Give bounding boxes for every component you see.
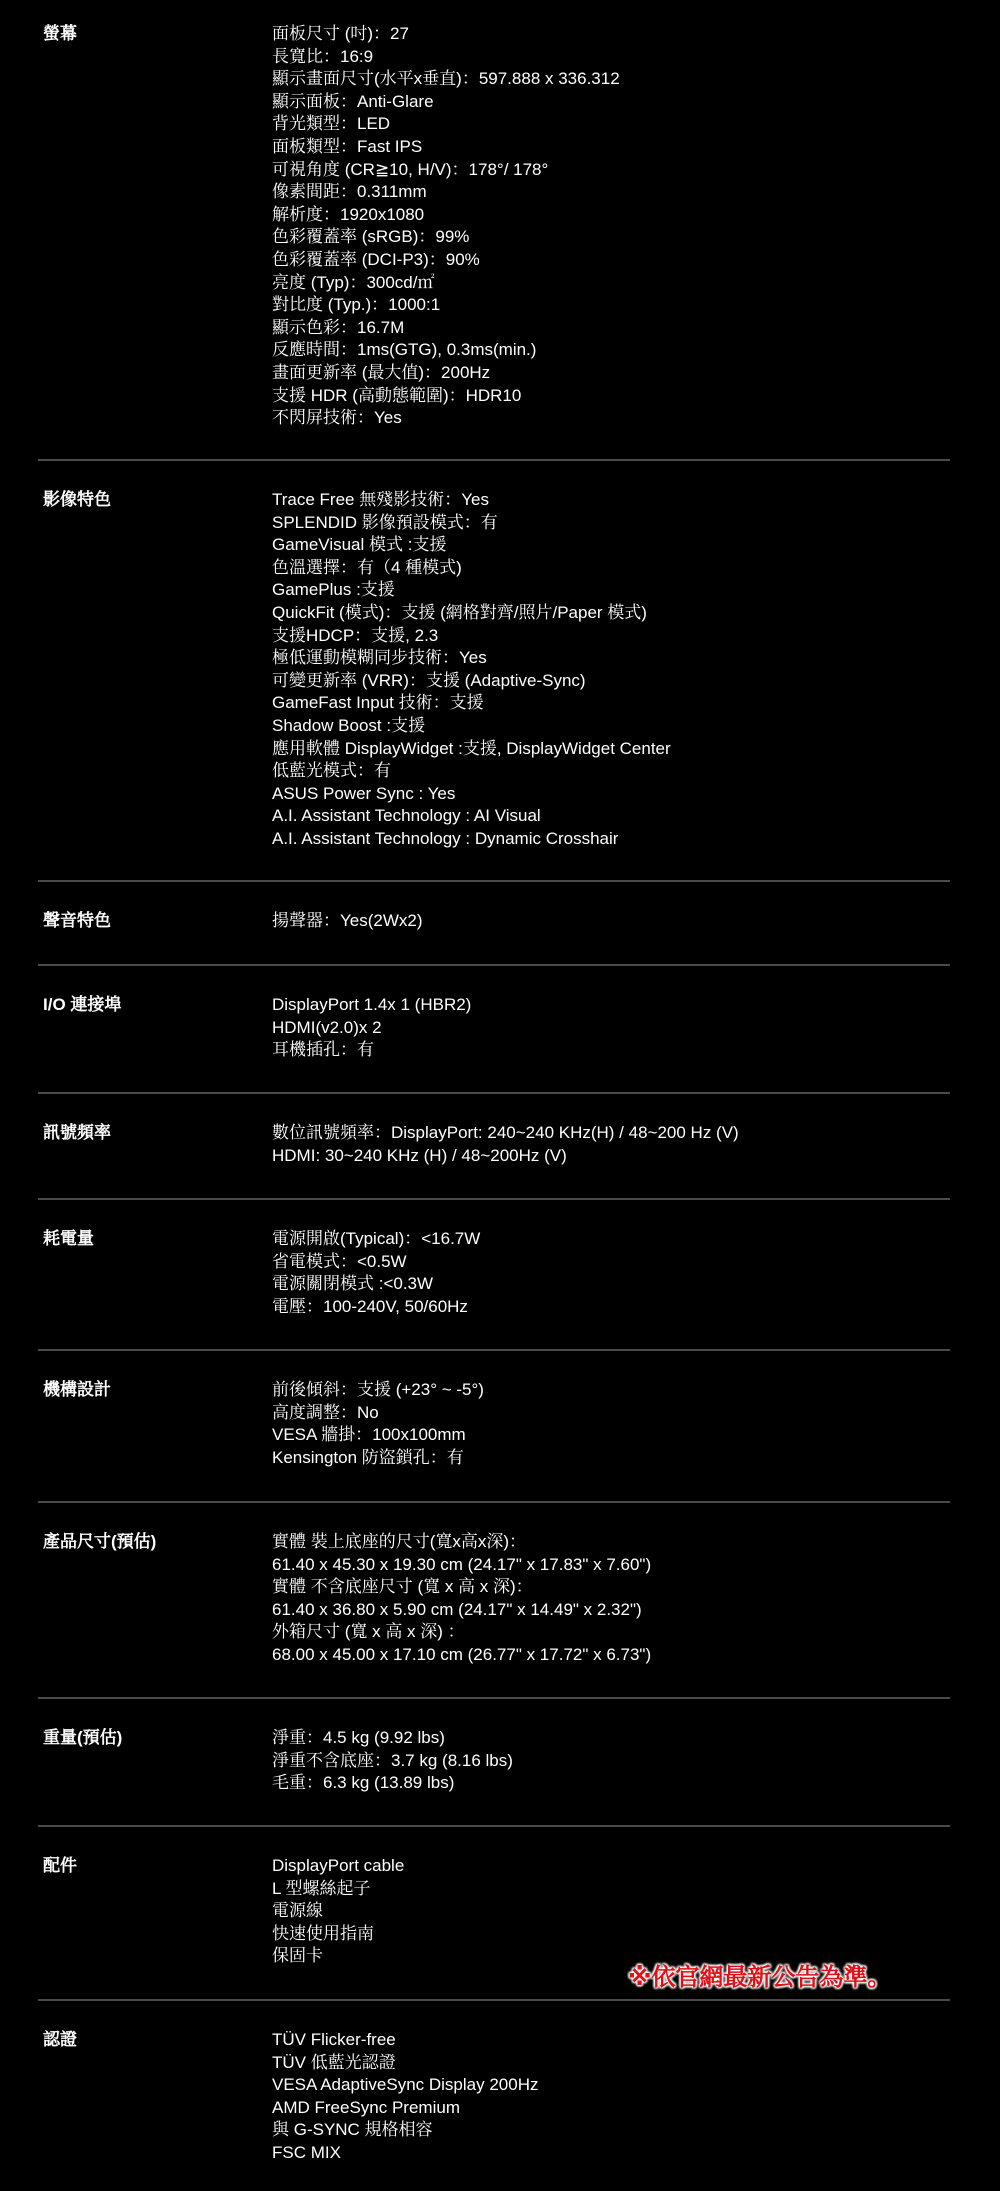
section-values: DisplayPort 1.4x 1 (HBR2) HDMI(v2.0)x 2 … (272, 994, 950, 1092)
spec-line: QuickFit (模式)：支援 (網格對齊/照片/Paper 模式) (272, 602, 950, 625)
spec-line: TÜV 低藍光認證 (272, 2052, 950, 2075)
spec-line: 支援 HDR (高動態範圍)：HDR10 (272, 385, 950, 408)
spec-line: 61.40 x 36.80 x 5.90 cm (24.17" x 14.49"… (272, 1599, 950, 1622)
spec-line: 省電模式：<0.5W (272, 1251, 950, 1274)
spec-section-mechanical-design: 機構設計 前後傾斜：支援 (+23° ~ -5°) 高度調整：No VESA 牆… (38, 1351, 950, 1503)
section-label: 螢幕 (38, 23, 272, 459)
spec-line: ASUS Power Sync : Yes (272, 783, 950, 806)
section-values: TÜV Flicker-free TÜV 低藍光認證 VESA Adaptive… (272, 2029, 950, 2191)
spec-section-dimensions: 產品尺寸(預估) 實體 裝上底座的尺寸(寬x高x深)： 61.40 x 45.3… (38, 1503, 950, 1699)
section-values: 揚聲器：Yes(2Wx2) (272, 910, 950, 964)
spec-line: Shadow Boost :支援 (272, 715, 950, 738)
spec-line: VESA 牆掛：100x100mm (272, 1424, 950, 1447)
spec-line: AMD FreeSync Premium (272, 2097, 950, 2120)
spec-line: 亮度 (Typ)：300cd/㎡ (272, 272, 950, 295)
spec-line: 應用軟體 DisplayWidget :支援, DisplayWidget Ce… (272, 738, 950, 761)
spec-line: 電源關閉模式 :<0.3W (272, 1273, 950, 1296)
spec-section-signal-frequency: 訊號頻率 數位訊號頻率：DisplayPort: 240~240 KHz(H) … (38, 1094, 950, 1200)
spec-line: 顯示畫面尺寸(水平x垂直)：597.888 x 336.312 (272, 68, 950, 91)
spec-line: 極低運動模糊同步技術：Yes (272, 647, 950, 670)
spec-line: 淨重不含底座：3.7 kg (8.16 lbs) (272, 1750, 950, 1773)
spec-table: 螢幕 面板尺寸 (吋)：27 長寬比：16:9 顯示畫面尺寸(水平x垂直)：59… (38, 0, 950, 2191)
spec-line: 不閃屏技術：Yes (272, 407, 950, 430)
spec-line: Trace Free 無殘影技術：Yes (272, 489, 950, 512)
section-label: 機構設計 (38, 1379, 272, 1501)
section-values: 數位訊號頻率：DisplayPort: 240~240 KHz(H) / 48~… (272, 1122, 950, 1198)
spec-line: 解析度：1920x1080 (272, 204, 950, 227)
spec-line: 畫面更新率 (最大值)：200Hz (272, 362, 950, 385)
spec-line: 像素間距：0.311mm (272, 181, 950, 204)
section-values: 面板尺寸 (吋)：27 長寬比：16:9 顯示畫面尺寸(水平x垂直)：597.8… (272, 23, 950, 459)
section-values: Trace Free 無殘影技術：Yes SPLENDID 影像預設模式：有 G… (272, 489, 950, 880)
spec-line: HDMI(v2.0)x 2 (272, 1017, 950, 1040)
spec-line: A.I. Assistant Technology : AI Visual (272, 805, 950, 828)
spec-line: VESA AdaptiveSync Display 200Hz (272, 2074, 950, 2097)
spec-line: 耳機插孔：有 (272, 1039, 950, 1062)
spec-line: GamePlus :支援 (272, 579, 950, 602)
spec-line: GameVisual 模式 :支援 (272, 534, 950, 557)
spec-line: SPLENDID 影像預設模式：有 (272, 512, 950, 535)
spec-line: 實體 不含底座尺寸 (寬 x 高 x 深)： (272, 1576, 950, 1599)
spec-line: 毛重：6.3 kg (13.89 lbs) (272, 1772, 950, 1795)
section-label: 配件 (38, 1855, 272, 1999)
spec-line: 數位訊號頻率：DisplayPort: 240~240 KHz(H) / 48~… (272, 1122, 950, 1145)
spec-line: 顯示面板：Anti-Glare (272, 91, 950, 114)
section-values: 前後傾斜：支援 (+23° ~ -5°) 高度調整：No VESA 牆掛：100… (272, 1379, 950, 1501)
spec-line: 揚聲器：Yes(2Wx2) (272, 910, 950, 933)
spec-line: 面板尺寸 (吋)：27 (272, 23, 950, 46)
section-label: 產品尺寸(預估) (38, 1531, 272, 1697)
spec-line: 對比度 (Typ.)：1000:1 (272, 294, 950, 317)
spec-section-weight: 重量(預估) 淨重：4.5 kg (9.92 lbs) 淨重不含底座：3.7 k… (38, 1699, 950, 1827)
spec-line: 色彩覆蓋率 (sRGB)：99% (272, 226, 950, 249)
spec-line: 高度調整：No (272, 1402, 950, 1425)
spec-line: 色溫選擇：有（4 種模式) (272, 557, 950, 580)
spec-line: 電源開啟(Typical)：<16.7W (272, 1228, 950, 1251)
section-label: 訊號頻率 (38, 1122, 272, 1198)
spec-section-power-consumption: 耗電量 電源開啟(Typical)：<16.7W 省電模式：<0.5W 電源關閉… (38, 1200, 950, 1351)
spec-line: 淨重：4.5 kg (9.92 lbs) (272, 1727, 950, 1750)
section-label: 聲音特色 (38, 910, 272, 964)
spec-line: DisplayPort 1.4x 1 (HBR2) (272, 994, 950, 1017)
spec-line: 前後傾斜：支援 (+23° ~ -5°) (272, 1379, 950, 1402)
spec-section-io-ports: I/O 連接埠 DisplayPort 1.4x 1 (HBR2) HDMI(v… (38, 966, 950, 1094)
section-values: 電源開啟(Typical)：<16.7W 省電模式：<0.5W 電源關閉模式 :… (272, 1228, 950, 1349)
section-label: 耗電量 (38, 1228, 272, 1349)
spec-line: 背光類型：LED (272, 113, 950, 136)
spec-line: TÜV Flicker-free (272, 2029, 950, 2052)
section-label: 影像特色 (38, 489, 272, 880)
spec-line: 實體 裝上底座的尺寸(寬x高x深)： (272, 1531, 950, 1554)
spec-line: 電壓：100-240V, 50/60Hz (272, 1296, 950, 1319)
spec-line: 61.40 x 45.30 x 19.30 cm (24.17" x 17.83… (272, 1554, 950, 1577)
spec-line: 外箱尺寸 (寬 x 高 x 深) ： (272, 1621, 950, 1644)
section-values: 實體 裝上底座的尺寸(寬x高x深)： 61.40 x 45.30 x 19.30… (272, 1531, 950, 1697)
spec-section-audio: 聲音特色 揚聲器：Yes(2Wx2) (38, 882, 950, 966)
spec-line: HDMI: 30~240 KHz (H) / 48~200Hz (V) (272, 1145, 950, 1168)
spec-line: A.I. Assistant Technology : Dynamic Cros… (272, 828, 950, 851)
spec-line: Kensington 防盜鎖孔：有 (272, 1447, 950, 1470)
section-values: 淨重：4.5 kg (9.92 lbs) 淨重不含底座：3.7 kg (8.16… (272, 1727, 950, 1825)
spec-line: 色彩覆蓋率 (DCI-P3)：90% (272, 249, 950, 272)
spec-line: L 型螺絲起子 (272, 1878, 950, 1901)
section-label: 重量(預估) (38, 1727, 272, 1825)
spec-line: 可變更新率 (VRR)：支援 (Adaptive-Sync) (272, 670, 950, 693)
spec-line: 可視角度 (CR≧10, H/V)：178°/ 178° (272, 159, 950, 182)
spec-line: 面板類型：Fast IPS (272, 136, 950, 159)
spec-section-display: 螢幕 面板尺寸 (吋)：27 長寬比：16:9 顯示畫面尺寸(水平x垂直)：59… (38, 0, 950, 461)
section-label: I/O 連接埠 (38, 994, 272, 1092)
spec-line: 電源線 (272, 1900, 950, 1923)
spec-line: 長寬比：16:9 (272, 46, 950, 69)
section-label: 認證 (38, 2029, 272, 2191)
spec-section-certifications: 認證 TÜV Flicker-free TÜV 低藍光認證 VESA Adapt… (38, 2001, 950, 2191)
spec-line: 68.00 x 45.00 x 17.10 cm (26.77" x 17.72… (272, 1644, 950, 1667)
spec-line: 顯示色彩：16.7M (272, 317, 950, 340)
spec-line: 與 G-SYNC 規格相容 (272, 2119, 950, 2142)
spec-line: GameFast Input 技術：支援 (272, 692, 950, 715)
spec-line: 支援HDCP：支援, 2.3 (272, 625, 950, 648)
spec-line: 反應時間：1ms(GTG), 0.3ms(min.) (272, 339, 950, 362)
spec-section-image-features: 影像特色 Trace Free 無殘影技術：Yes SPLENDID 影像預設模… (38, 461, 950, 882)
official-notice: ※依官網最新公告為準。 (628, 1957, 891, 1992)
spec-line: 快速使用指南 (272, 1923, 950, 1946)
spec-line: DisplayPort cable (272, 1855, 950, 1878)
spec-line: FSC MIX (272, 2142, 950, 2165)
spec-line: 低藍光模式：有 (272, 760, 950, 783)
